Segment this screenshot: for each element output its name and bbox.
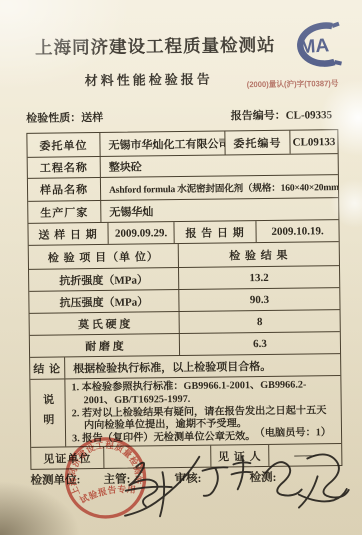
project-label: 工程名称 (28, 157, 100, 178)
info-table: 委托单位 无锡市华灿化工有限公司 委托编号 CL09133 工程名称 整块砼 样… (26, 129, 342, 470)
sample-date-value: 2009.09.29. (107, 222, 173, 244)
project-value: 整块砼 (100, 154, 338, 177)
report-number-value: CL-09335 (286, 109, 333, 122)
operator-number: （电脑员号：1） (255, 427, 332, 441)
report-photo: 上海同济建设工程质量检测站 MA (2000)量认(沪)字(T0387)号 材料… (0, 0, 362, 535)
paper-content: 上海同济建设工程质量检测站 MA (2000)量认(沪)字(T0387)号 材料… (0, 0, 362, 535)
manufacturer-label: 生产厂家 (28, 201, 100, 223)
supervisor-signature (124, 457, 200, 517)
result-row-value: 90.3 (178, 288, 339, 311)
signatures (102, 446, 353, 534)
conclusion-text: 根据检验执行标准，以上检验项目合格。 (64, 354, 340, 378)
cma-accreditation-icon: MA (280, 18, 345, 72)
test-nature-label: 检验性质： (26, 112, 81, 125)
result-row-value: 6.3 (179, 332, 340, 355)
notes-label: 说明 (30, 379, 65, 446)
cma-mark-text: MA (299, 35, 330, 58)
sample-name-value: Ashford formula 水泥密封固化剂（规格：160×40×20mm） (100, 175, 338, 200)
result-row-item: 莫 氏 硬 度 (30, 312, 179, 335)
test-nature-value: 送样 (81, 112, 103, 124)
report-number: 报告编号：CL-09335 (231, 106, 333, 123)
result-row-item: 抗压强度（MPa） (29, 290, 178, 313)
conclusion-label: 结 论 (30, 357, 64, 378)
results-result-header: 检 验 结 果 (178, 242, 339, 267)
meta-row: 检验性质：送样 报告编号：CL-09335 (26, 106, 332, 126)
report-date-label: 报 告 日 期 (173, 221, 255, 243)
client-value: 无锡市华灿化工有限公司 (99, 131, 224, 156)
sample-date-label: 送 样 日 期 (28, 223, 107, 245)
manufacturer-value: 无锡华灿 (100, 198, 338, 222)
commission-no-label: 委托编号 (224, 131, 289, 155)
result-row-item: 耐 磨 度 (30, 334, 179, 357)
report-date-value: 2009.10.19. (255, 220, 338, 242)
result-row-item: 抗折强度（MPa） (29, 268, 178, 291)
test-nature: 检验性质：送样 (26, 109, 103, 126)
result-row-value: 8 (179, 310, 340, 333)
report-number-label: 报告编号： (231, 110, 286, 123)
tester-signature (265, 454, 349, 508)
sample-name-label: 样品名称 (28, 178, 100, 201)
reviewer-signature (202, 456, 250, 496)
result-row-value: 13.2 (178, 266, 339, 289)
note-item: 1. 本检验参照执行标准：GB9966.1-2001、GB9966.2-2001… (71, 379, 334, 408)
results-item-header: 检 验 项 目（单 位） (29, 244, 178, 269)
commission-no-value: CL09133 (289, 130, 337, 154)
client-label: 委托单位 (27, 133, 99, 157)
